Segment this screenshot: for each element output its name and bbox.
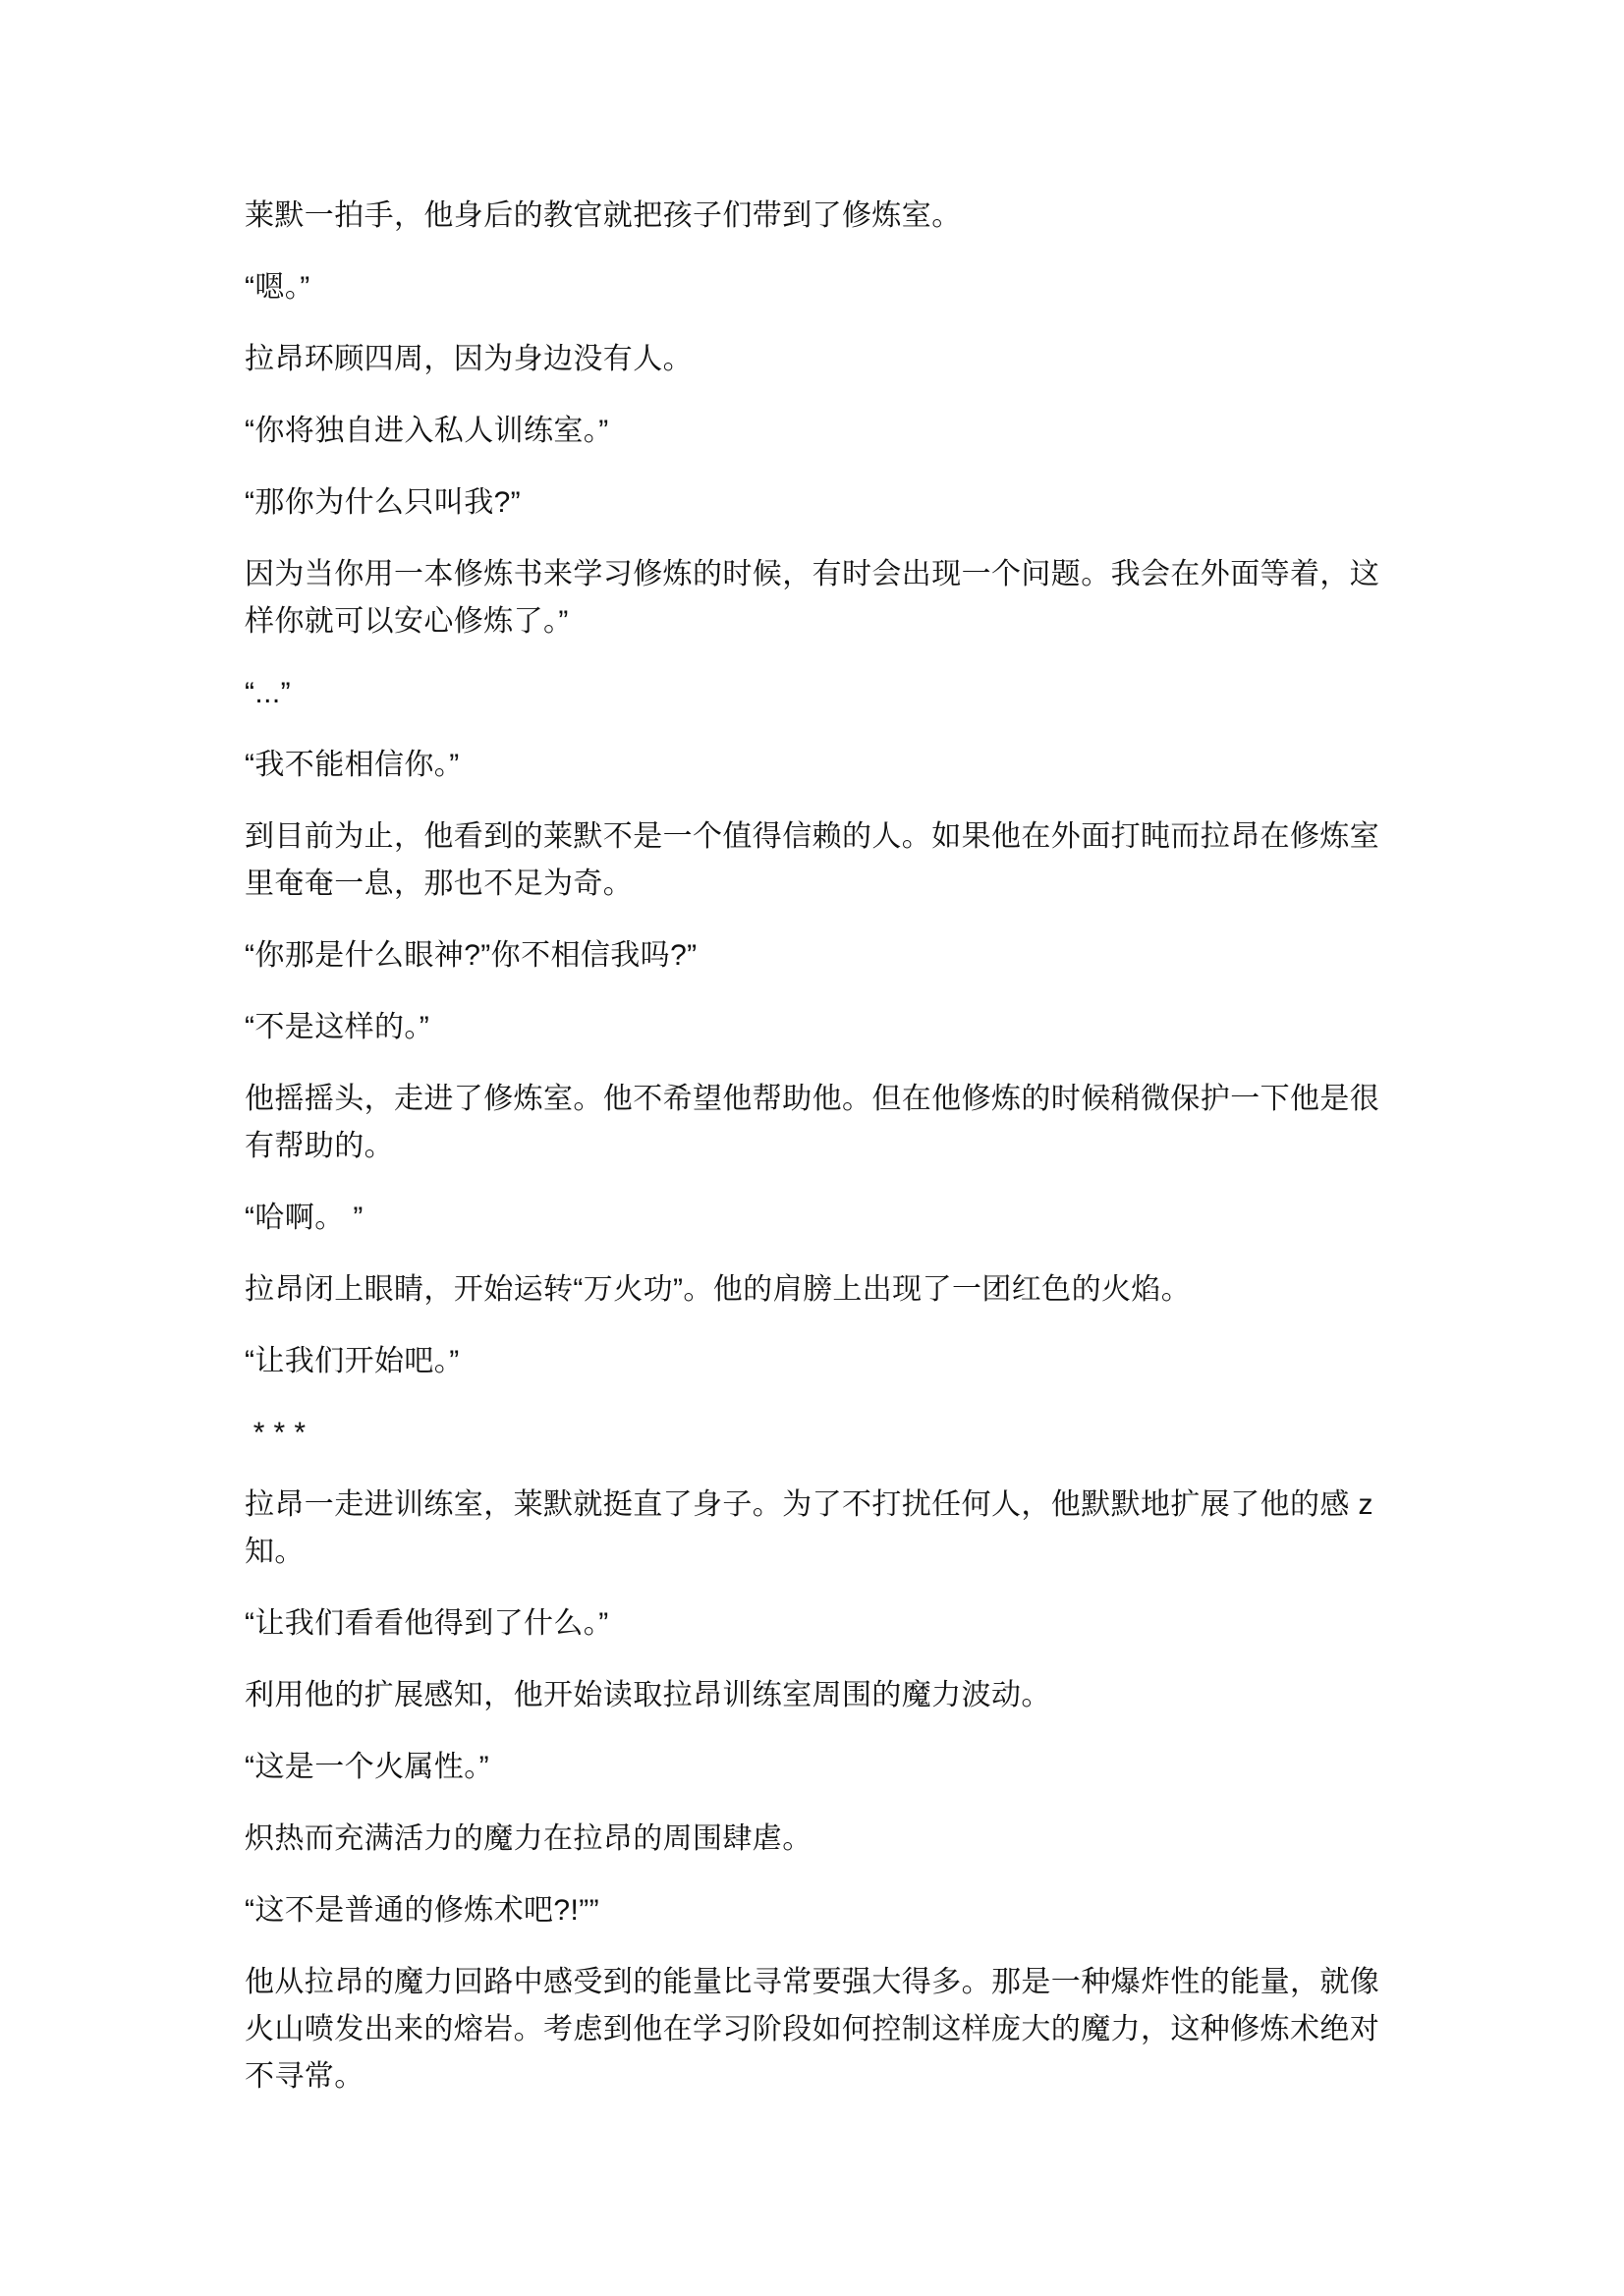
paragraph: 因为当你用一本修炼书来学习修炼的时候，有时会出现一个问题。我会在外面等着，这 样… (245, 551, 1388, 645)
document-content: 莱默一拍手，他身后的教官就把孩子们带到了修炼室。“嗯。”拉昂环顾四周，因为身边没… (0, 0, 1624, 2100)
paragraph: “这是一个火属性。” (245, 1744, 1388, 1791)
paragraph: 拉昂闭上眼睛，开始运转“万火功”。他的肩膀上出现了一团红色的火焰。 (245, 1266, 1388, 1314)
paragraph: “你将独自进入私人训练室。” (245, 408, 1388, 455)
paragraph: 莱默一拍手，他身后的教官就把孩子们带到了修炼室。 (245, 193, 1388, 240)
paragraph: “那你为什么只叫我?” (245, 479, 1388, 527)
paragraph: “...” (245, 670, 1388, 717)
paragraph: “嗯。” (245, 264, 1388, 311)
paragraph: “哈啊。 ” (245, 1195, 1388, 1242)
paragraph: 利用他的扩展感知，他开始读取拉昂训练室周围的魔力波动。 (245, 1672, 1388, 1719)
paragraph: “让我们开始吧。” (245, 1338, 1388, 1385)
paragraph: 他从拉昂的魔力回路中感受到的能量比寻常要强大得多。那是一种爆炸性的能量，就像 火… (245, 1959, 1388, 2100)
paragraph: 到目前为止，他看到的莱默不是一个值得信赖的人。如果他在外面打盹而拉昂在修炼室 里… (245, 813, 1388, 908)
paragraph: “我不能相信你。” (245, 742, 1388, 789)
paragraph: 他摇摇头，走进了修炼室。他不希望他帮助他。但在他修炼的时候稍微保护一下他是很 有… (245, 1076, 1388, 1170)
paragraph: “不是这样的。” (245, 1004, 1388, 1051)
section-separator: * * * (245, 1410, 1388, 1457)
document-page: 莱默一拍手，他身后的教官就把孩子们带到了修炼室。“嗯。”拉昂环顾四周，因为身边没… (0, 0, 1624, 2296)
paragraph: “这不是普通的修炼术吧?!”” (245, 1887, 1388, 1934)
paragraph: “你那是什么眼神?”你不相信我吗?” (245, 932, 1388, 980)
paragraph: “让我们看看他得到了什么。” (245, 1600, 1388, 1648)
paragraph: 拉昂环顾四周，因为身边没有人。 (245, 336, 1388, 383)
page: { "page": { "background": "#ffffff", "te… (0, 0, 1624, 2296)
paragraph: 炽热而充满活力的魔力在拉昂的周围肆虐。 (245, 1816, 1388, 1863)
paragraph: 拉昂一走进训练室，莱默就挺直了身子。为了不打扰任何人，他默默地扩展了他的感 z … (245, 1482, 1388, 1576)
